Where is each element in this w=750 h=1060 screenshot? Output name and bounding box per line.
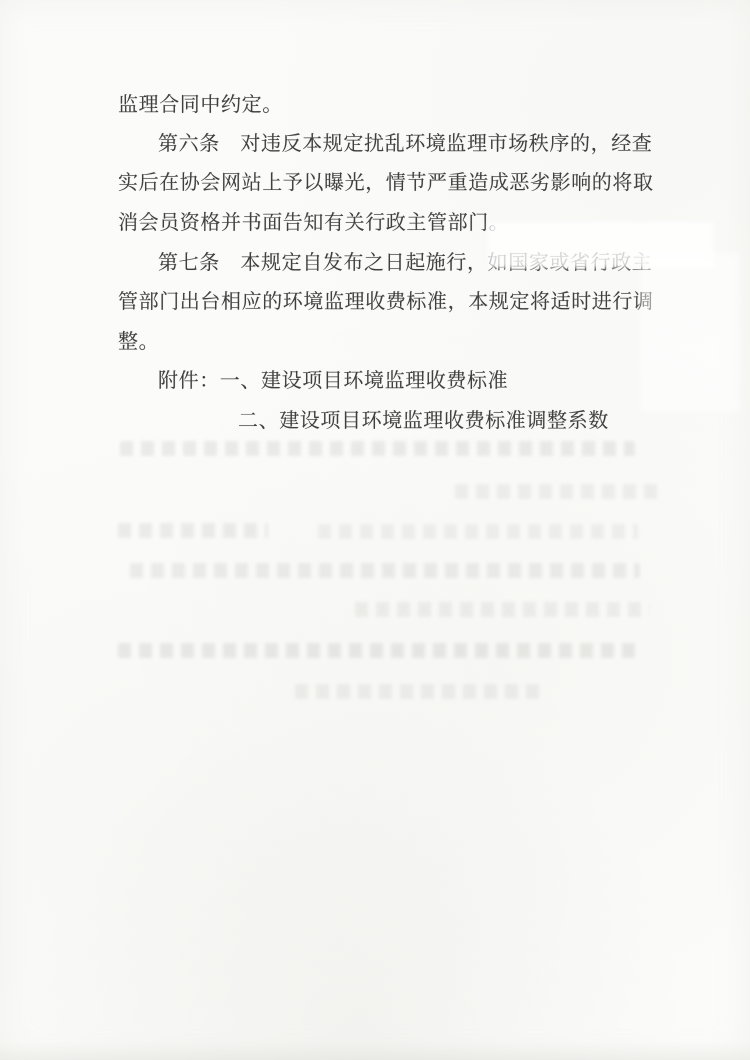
text-line-6: 管部门出台相应的环境监理收费标准，本规定将适时进行调 xyxy=(118,289,654,316)
bleedthrough-artifact xyxy=(455,484,660,499)
bleedthrough-artifact xyxy=(120,441,635,456)
bleedthrough-artifact xyxy=(318,524,638,539)
scanned-document-page: 监理合同中约定。 第六条 对违反本规定扰乱环境监理市场秩序的，经查 实后在协会网… xyxy=(0,0,750,1060)
text-line-4: 消会员资格并书面告知有关行政主管部门。 xyxy=(118,210,509,237)
bleedthrough-artifact xyxy=(295,684,545,699)
text-line-1: 监理合同中约定。 xyxy=(118,92,283,119)
text-line-9-attachment-2: 二、建设项目环境监理收费标准调整系数 xyxy=(238,408,609,435)
scan-exposure-artifact xyxy=(640,252,740,412)
text-line-8-attachment-1: 附件：一、建设项目环境监理收费标准 xyxy=(158,368,508,395)
bleedthrough-artifact xyxy=(118,643,643,658)
bleedthrough-artifact xyxy=(118,523,268,538)
scan-bottom-edge-shading xyxy=(0,1042,750,1060)
text-line-3: 实后在协会网站上予以曝光，情节严重造成恶劣影响的将取 xyxy=(118,170,654,197)
text-line-7: 整。 xyxy=(118,329,159,356)
text-line-2-article-6: 第六条 对违反本规定扰乱环境监理市场秩序的，经查 xyxy=(158,131,652,158)
bleedthrough-artifact xyxy=(130,563,640,578)
text-line-5-article-7: 第七条 本规定自发布之日起施行，如国家或省行政主 xyxy=(158,250,652,277)
bleedthrough-artifact xyxy=(355,602,650,617)
